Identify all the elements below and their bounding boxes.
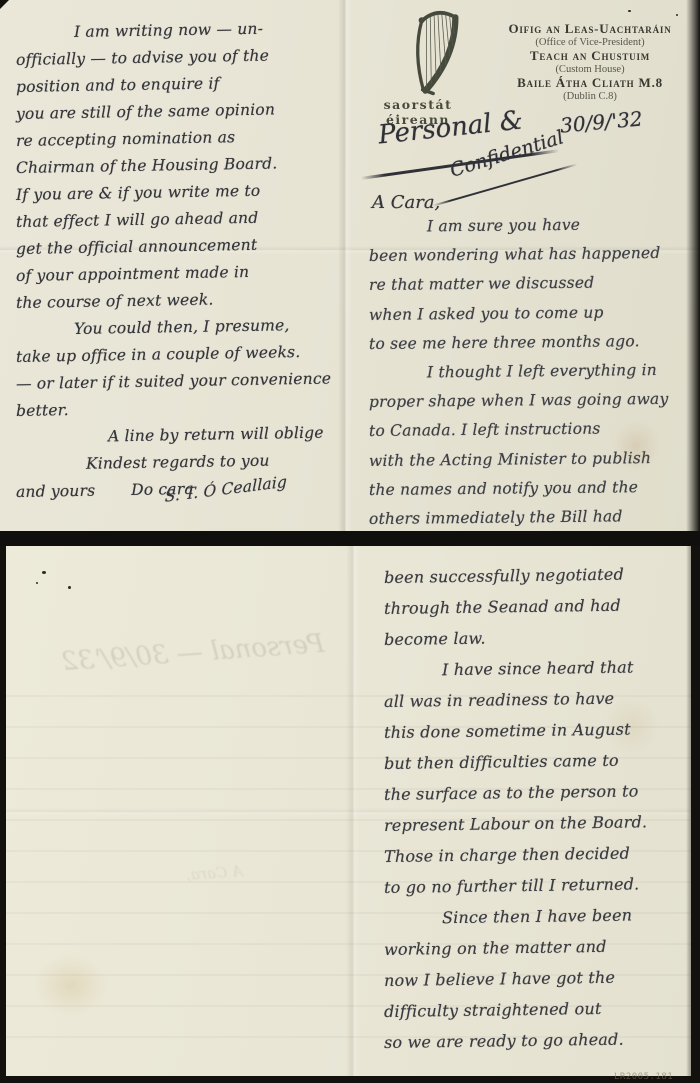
- handwritten-line: the surface as to the person to: [384, 775, 694, 810]
- paper-sheet: Personal — 30/9/'32 A Cara, been success…: [6, 546, 691, 1076]
- salutation: A Cara,: [372, 192, 440, 213]
- handwritten-line: to see me here three months ago.: [369, 326, 691, 359]
- scanned-letter-document: I am writing now — un-officially — to ad…: [0, 0, 700, 1083]
- scan-edge-shadow: [686, 0, 700, 531]
- handwritten-line: been successfully negotiated: [384, 558, 694, 593]
- handwritten-line: I thought I left everything in: [369, 356, 691, 389]
- handwritten-line: Those in charge then decided: [384, 837, 694, 872]
- ink-speck: [628, 10, 631, 12]
- handwritten-line: represent Labour on the Board.: [384, 806, 694, 841]
- center-fold-crease: [338, 0, 352, 531]
- handwritten-line: when I asked you to come up: [369, 297, 691, 330]
- date-annotation: 30/9/'32: [559, 106, 643, 137]
- scan-corner-shadow: [0, 0, 9, 9]
- letter-page-left-text: I am writing now — un-officially — to ad…: [16, 20, 340, 529]
- handwritten-line: this done sometime in August: [384, 713, 694, 748]
- letterhead-line: Baile Átha Cliath M.8: [487, 76, 693, 90]
- scan-bottom-spread: Personal — 30/9/'32 A Cara, been success…: [0, 546, 700, 1083]
- handwritten-line: the names and notify you and the: [369, 472, 691, 505]
- handwritten-line: all was in readiness to have: [384, 682, 694, 717]
- letterhead-line: Oifig an Leas-Uachtaráin: [487, 22, 693, 36]
- ink-speck: [42, 571, 46, 574]
- paper-stain: [34, 954, 108, 1016]
- handwritten-line: but then difficulties came to: [384, 744, 694, 779]
- scan-top-spread: I am writing now — un-officially — to ad…: [0, 0, 700, 531]
- handwritten-line: been wondering what has happened: [369, 239, 691, 272]
- handwritten-line: others immediately the Bill had: [369, 502, 691, 531]
- handwritten-line: working on the matter and: [384, 930, 694, 965]
- ink-speck: [676, 14, 678, 16]
- handwritten-line: through the Seanad and had: [384, 589, 694, 624]
- handwritten-line: Since then I have been: [384, 899, 694, 934]
- handwritten-line: now I believe I have got the: [384, 961, 694, 996]
- handwritten-line: become law.: [384, 620, 694, 655]
- handwritten-line: re that matter we discussed: [369, 268, 691, 301]
- ink-speck: [68, 586, 71, 589]
- letter-page-right-text: I am sure you havebeen wondering what ha…: [369, 213, 691, 531]
- handwritten-line: so we are ready to go ahead.: [384, 1023, 694, 1058]
- irish-harp-icon: [411, 8, 465, 98]
- ink-speck: [36, 582, 38, 584]
- letterhead-address-block: Oifig an Leas-Uachtaráin(Office of Vice-…: [487, 22, 693, 103]
- handwritten-line: difficulty straightened out: [384, 992, 694, 1027]
- archive-reference: LR2005.181: [614, 1072, 673, 1082]
- scan-edge-shadow: [686, 546, 700, 1083]
- letterhead-line: (Dublin C.8): [487, 90, 693, 103]
- handwritten-line: to go no further till I returned.: [384, 868, 694, 903]
- letterhead-line: Teach an Chustuim: [487, 49, 693, 63]
- paper-stain: [612, 420, 660, 472]
- handwritten-line: I am sure you have: [369, 210, 691, 243]
- handwritten-line: I have since heard that: [384, 651, 694, 686]
- handwritten-line: proper shape when I was going away: [369, 385, 691, 418]
- letter-page-right-bottom-text: been successfully negotiatedthrough the …: [384, 562, 694, 1058]
